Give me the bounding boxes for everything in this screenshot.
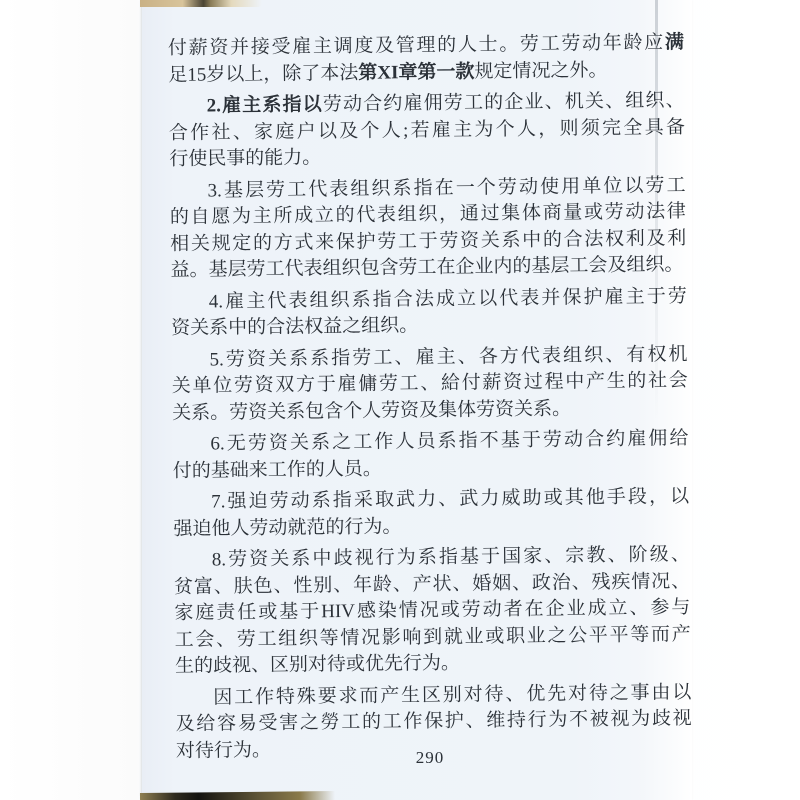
text-segment: 工会、劳工组织等情况影响到就业或职业之公平平等而产: [175, 624, 691, 651]
bold-text-segment: 满: [665, 32, 684, 53]
paragraph: 8.劳资关系中歧视行为系指基于国家、宗教、阶级、贫富、肤色、性别、年龄、产状、婚…: [174, 542, 691, 680]
text-segment: 5.劳资关系系指劳工、雇主、各方代表组织、有权机: [209, 344, 687, 370]
text-segment: 4.雇主代表组织系指合法成立以代表并保护雇主于劳: [209, 286, 687, 312]
text-segment: 家庭责任或基于HIV感染情况或劳动者在企业成立、参与: [174, 597, 690, 624]
text-segment: 3.基层劳工代表组织系指在一个劳动使用单位以劳工: [207, 175, 685, 201]
text-segment: 资关系中的合法权益之组织。: [171, 315, 418, 339]
text-segment: 关单位劳资双方于雇傭劳工、給付薪资过程中产生的社会: [172, 370, 688, 397]
text-segment: 8.劳资关系中歧视行为系指基于国家、宗教、阶级、: [212, 544, 690, 570]
paragraph: 2.雇主系指以劳动合约雇佣劳工的企业、机关、组织、合作社、家庭户以及个人;若雇主…: [169, 88, 686, 173]
paragraph: 6.无劳资关系之工作人员系指不基于劳动合约雇佣给付的基础来工作的人员。: [172, 426, 689, 485]
text-segment: 及给容易受害之勞工的工作保护、维持行为不被视为歧视: [176, 708, 692, 735]
text-segment: 贫富、肤色、性别、年龄、产状、婚姻、政治、残疾情况、: [174, 571, 690, 598]
page-number: 290: [172, 748, 688, 768]
text-segment: 强迫他人劳动就范的行为。: [173, 516, 401, 540]
text-segment: 6.无劳资关系之工作人员系指不基于劳动合约雇佣给: [210, 428, 688, 454]
paragraph: 5.劳资关系系指劳工、雇主、各方代表组织、有权机关单位劳资双方于雇傭劳工、給付薪…: [171, 342, 688, 427]
paragraph: 3.基层劳工代表组织系指在一个劳动使用单位以劳工的自愿为主所成立的代表组织，通过…: [169, 173, 686, 285]
text-line: 付的基础来工作的人员。: [173, 453, 689, 485]
paragraph: 付薪资并接受雇主调度及管理的人士。劳工劳动年龄应满足15岁以上，除了本法第XI章…: [168, 30, 685, 89]
text-line: 关系。劳资关系包含个人劳资及集体劳资关系。: [172, 395, 688, 427]
text-segment: 足15岁以上，除了本法: [168, 62, 358, 85]
text-segment: 生的歧视、区别对待或优先行为。: [175, 653, 460, 677]
text-segment: 付的基础来工作的人员。: [173, 458, 382, 481]
text-segment: 相关规定的方式来保护劳工于劳资关系中的合法权利及利: [170, 228, 686, 255]
bold-text-segment: 第XI章第一款: [358, 61, 474, 83]
text-line: 足15岁以上，除了本法第XI章第一款规定情况之外。: [168, 57, 684, 89]
text-segment: 因工作特殊要求而产生区别对待、优先对待之事由以: [213, 682, 691, 708]
text-segment: 益。基层劳工代表组织包含劳工在企业内的基层工会及组织。: [170, 254, 683, 281]
book-page: 付薪资并接受雇主调度及管理的人士。劳工劳动年龄应满足15岁以上，除了本法第XI章…: [142, 0, 692, 800]
text-segment: 劳动合约雇佣劳工的企业、机关、组织、: [323, 90, 685, 115]
text-segment: 的自愿为主所成立的代表组织，通过集体商量或劳动法律: [170, 201, 686, 228]
text-line: 行使民事的能力。: [169, 141, 685, 173]
book-top-edge: [140, 0, 262, 7]
text-segment: 规定情况之外。: [474, 59, 607, 82]
text-segment: 行使民事的能力。: [169, 147, 321, 170]
paragraph: 7.强迫劳动系指采取武力、武力威助或其他手段，以强迫他人劳动就范的行为。: [173, 484, 690, 543]
book-bottom-edge: [140, 791, 335, 800]
page-text: 付薪资并接受雇主调度及管理的人士。劳工劳动年龄应满足15岁以上，除了本法第XI章…: [168, 30, 692, 770]
book-photo: 付薪资并接受雇主调度及管理的人士。劳工劳动年龄应满足15岁以上，除了本法第XI章…: [0, 0, 800, 800]
text-segment: 合作社、家庭户以及个人;若雇主为个人，则须完全具备: [169, 117, 685, 144]
text-segment: 7.强迫劳动系指采取武力、武力威助或其他手段，以: [211, 486, 689, 512]
text-line: 生的歧视、区别对待或优先行为。: [175, 648, 691, 680]
text-line: 资关系中的合法权益之组织。: [171, 310, 687, 342]
paragraph: 4.雇主代表组织系指合法成立以代表并保护雇主于劳资关系中的合法权益之组织。: [171, 284, 688, 343]
bold-text-segment: 2.雇主系指以: [207, 94, 323, 116]
text-line: 强迫他人劳动就范的行为。: [173, 511, 689, 543]
text-line: 益。基层劳工代表组织包含劳工在企业内的基层工会及组织。: [170, 252, 686, 284]
text-segment: 付薪资并接受雇主调度及管理的人士。劳工劳动年龄应: [168, 32, 665, 59]
text-segment: 关系。劳资关系包含个人劳资及集体劳资关系。: [172, 398, 571, 424]
